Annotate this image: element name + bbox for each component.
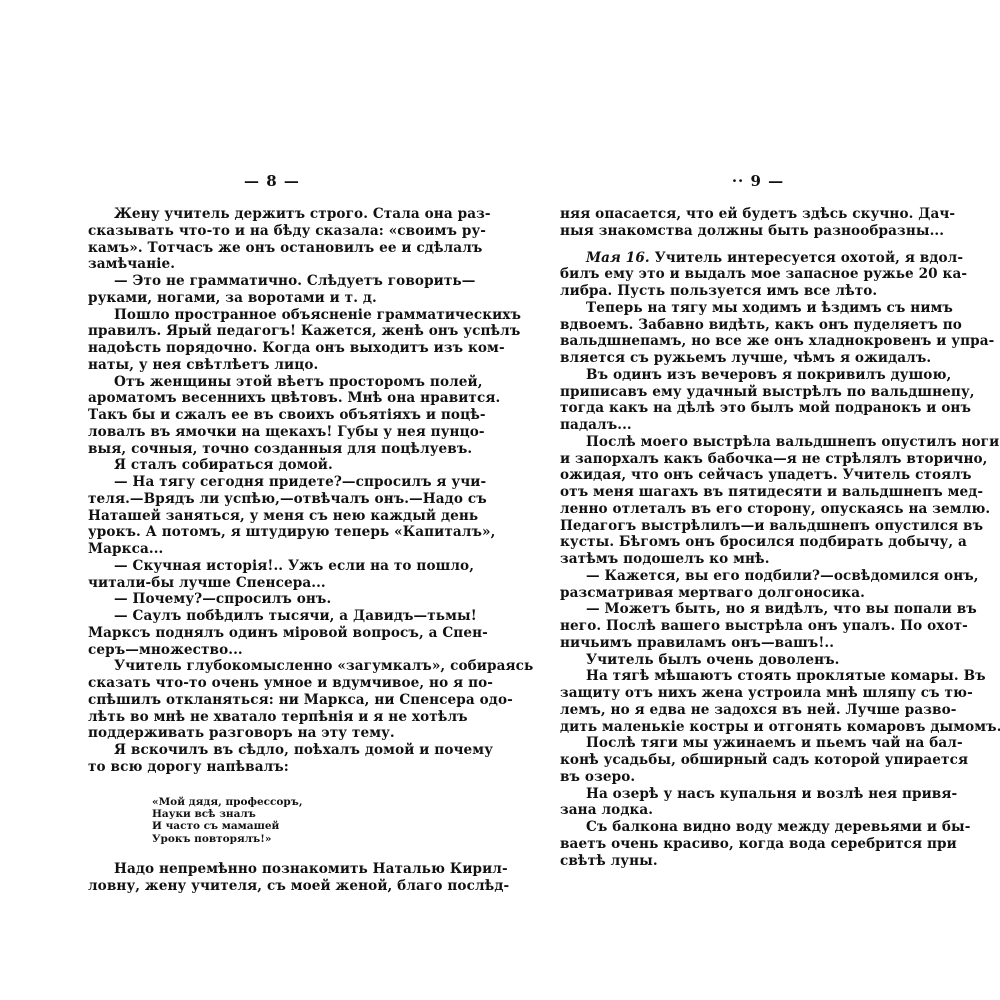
text-line: замѣчаніе. xyxy=(88,256,446,273)
text-line: Педагогъ выстрѣлилъ—и вальдшнепъ опустил… xyxy=(560,518,946,535)
text-line: Учитель глубокомысленно «загумкалъ», соб… xyxy=(88,658,446,675)
text-line: урокъ. А потомъ, я штудирую теперь «Капи… xyxy=(88,524,446,541)
text-line: свѣтѣ луны. xyxy=(560,853,946,870)
text-line: зана лодка. xyxy=(560,802,946,819)
page-number-left: — 8 — xyxy=(88,170,446,192)
text-line: разсматривая мертваго долгоносика. xyxy=(560,585,946,602)
verse-line: Урокъ повторялъ!» xyxy=(152,833,446,845)
text-line: Послѣ моего выстрѣла вальдшнепъ опустилъ… xyxy=(560,434,946,451)
text-line: ваетъ очень красиво, когда вода серебрит… xyxy=(560,836,946,853)
text-line: падалъ... xyxy=(560,417,946,434)
page-number-right: ·· 9 — xyxy=(560,170,946,192)
text-line: — Почему?—спросилъ онъ. xyxy=(88,591,446,608)
text-line: На озерѣ у насъ купальня и возлѣ нея при… xyxy=(560,786,946,803)
text-line: наты, у нея свѣтлѣетъ лицо. xyxy=(88,357,446,374)
text-line: вляется съ ружьемъ лучше, чѣмъ я ожидалъ… xyxy=(560,350,946,367)
text-line: Пошло пространное объясненіе грамматичес… xyxy=(88,307,446,324)
left-page-body: Жену учитель держитъ строго. Стала она р… xyxy=(88,206,446,776)
verse-line: Науки всѣ зналъ xyxy=(152,808,446,820)
text-line: Послѣ тяги мы ужинаемъ и пьемъ чай на ба… xyxy=(560,735,946,752)
text-line: читали-бы лучше Спенсера... xyxy=(88,575,446,592)
left-page-closing: Надо непремѣнно познакомить Наталью Кири… xyxy=(88,861,446,895)
text-line: — Это не грамматично. Слѣдуетъ говорить— xyxy=(88,273,446,290)
diary-entry-heading-line: Мая 16. Учитель интересуется охотой, я в… xyxy=(560,250,946,267)
text-line: руками, ногами, за воротами и т. д. xyxy=(88,290,446,307)
text-line: дить маленькіе костры и отгонять комаров… xyxy=(560,719,946,736)
text-line: Такъ бы и сжалъ ее въ своихъ объятіяхъ и… xyxy=(88,407,446,424)
text-line: ловалъ въ ямочки на щекахъ! Губы у нея п… xyxy=(88,424,446,441)
text-line: Въ одинъ изъ вечеровъ я покривилъ душою, xyxy=(560,367,946,384)
text-line: Жену учитель держитъ строго. Стала она р… xyxy=(88,206,446,223)
text-line: Я вскочилъ въ сѣдло, поѣхалъ домой и поч… xyxy=(88,742,446,759)
text-line: приписавъ ему удачный выстрѣлъ по вальдш… xyxy=(560,384,946,401)
text-line: ленно отлеталъ въ его сторону, опускаясь… xyxy=(560,501,946,518)
text-line: Теперь на тягу мы ходимъ и ѣздимъ съ ним… xyxy=(560,300,946,317)
text-line: — Скучная исторія!.. Ужъ если на то пошл… xyxy=(88,558,446,575)
text-line: защиту отъ нихъ жена устроила мнѣ шляпу … xyxy=(560,685,946,702)
text-line: и запорхалъ какъ бабочка—я не стрѣлялъ в… xyxy=(560,451,946,468)
text-line: Маркса... xyxy=(88,541,446,558)
text-line: сказать что-то очень умное и вдумчивое, … xyxy=(88,675,446,692)
text-line: Марксъ поднялъ одинъ міровой вопросъ, а … xyxy=(88,625,446,642)
text-line: камъ». Тотчасъ же онъ остановилъ ее и сд… xyxy=(88,240,446,257)
diary-entry-date: Мая 16. xyxy=(586,250,650,266)
text-line: либра. Пусть пользуется имъ все лѣто. xyxy=(560,283,946,300)
text-line: ныя знакомства должны быть разнообразны.… xyxy=(560,223,946,240)
text-line: — Саулъ побѣдилъ тысячи, а Давидъ—тьмы! xyxy=(88,608,446,625)
text-line: въ озеро. xyxy=(560,769,946,786)
text-line: затѣмъ подошелъ ко мнѣ. xyxy=(560,551,946,568)
verse-line: «Мой дядя, профессоръ, xyxy=(152,796,446,808)
right-page-body: билъ ему это и выдалъ мое запасное ружье… xyxy=(560,266,946,869)
text-line: ничьимъ правиламъ онъ—вашъ!.. xyxy=(560,635,946,652)
text-line: выя, сочныя, точно созданныя для поцѣлуе… xyxy=(88,441,446,458)
text-line: правилъ. Ярый педагогъ! Кажется, женѣ он… xyxy=(88,323,446,340)
text-line: няя опасается, что ей будетъ здѣсь скучн… xyxy=(560,206,946,223)
text-line: кусты. Бѣгомъ онъ бросился подбирать доб… xyxy=(560,534,946,551)
right-page: ·· 9 — няя опасается, что ей будетъ здѣс… xyxy=(560,170,946,869)
text-line: Учитель былъ очень доволенъ. xyxy=(560,652,946,669)
text-line: то всю дорогу напѣвалъ: xyxy=(88,759,446,776)
text-line: тогда какъ на дѣлѣ это былъ мой подранок… xyxy=(560,400,946,417)
text-line: Надо непремѣнно познакомить Наталью Кири… xyxy=(88,861,446,878)
text-line: лѣть во мнѣ не хватало терпѣнія и я не х… xyxy=(88,709,446,726)
text-line: серъ—множество... xyxy=(88,642,446,659)
text-line: конѣ усадьбы, обширный садъ которой упир… xyxy=(560,752,946,769)
text-line: лемъ, но я едва не задохся въ ней. Лучше… xyxy=(560,702,946,719)
text-line: отъ меня шагахъ въ пятидесяти и вальдшне… xyxy=(560,484,946,501)
text-line: — На тягу сегодня придете?—спросилъ я уч… xyxy=(88,474,446,491)
text-line: Наташей заняться, у меня съ нею каждый д… xyxy=(88,508,446,525)
text-line: ловну, жену учителя, съ моей женой, благ… xyxy=(88,878,446,895)
verse-line: И часто съ мамашей xyxy=(152,820,446,832)
text-line: ожидая, что онъ сейчасъ упадетъ. Учитель… xyxy=(560,467,946,484)
text-line: спѣшилъ откланяться: ни Маркса, ни Спенс… xyxy=(88,692,446,709)
verse-quote: «Мой дядя, профессоръ,Науки всѣ зналъИ ч… xyxy=(152,796,446,846)
text-line: теля.—Врядъ ли успѣю,—отвѣчалъ онъ.—Надо… xyxy=(88,491,446,508)
text-line: надоѣсть порядочно. Когда онъ выходитъ и… xyxy=(88,340,446,357)
left-page: — 8 — Жену учитель держитъ строго. Стала… xyxy=(88,170,446,895)
diary-entry-first-line: Учитель интересуется охотой, я вдол- xyxy=(655,250,964,266)
right-page-continuation: няя опасается, что ей будетъ здѣсь скучн… xyxy=(560,206,946,240)
text-line: На тягѣ мѣшаютъ стоять проклятые комары.… xyxy=(560,668,946,685)
text-line: — Можетъ быть, но я видѣлъ, что вы попал… xyxy=(560,601,946,618)
text-line: — Кажется, вы его подбили?—освѣдомился о… xyxy=(560,568,946,585)
text-line: билъ ему это и выдалъ мое запасное ружье… xyxy=(560,266,946,283)
text-line: поддерживать разговоръ на эту тему. xyxy=(88,725,446,742)
text-line: Отъ женщины этой вѣетъ просторомъ полей, xyxy=(88,374,446,391)
text-line: Я сталъ собираться домой. xyxy=(88,457,446,474)
text-line: Съ балкона видно воду между деревьями и … xyxy=(560,819,946,836)
text-line: вальдшнепамъ, но все же онъ хладнокровен… xyxy=(560,333,946,350)
text-line: ароматомъ весеннихъ цвѣтовъ. Мнѣ она нра… xyxy=(88,390,446,407)
text-line: него. Послѣ вашего выстрѣла онъ упалъ. П… xyxy=(560,618,946,635)
text-line: сказывать что-то и на бѣду сказала: «сво… xyxy=(88,223,446,240)
text-line: вдвоемъ. Забавно видѣть, какъ онъ пуделя… xyxy=(560,317,946,334)
